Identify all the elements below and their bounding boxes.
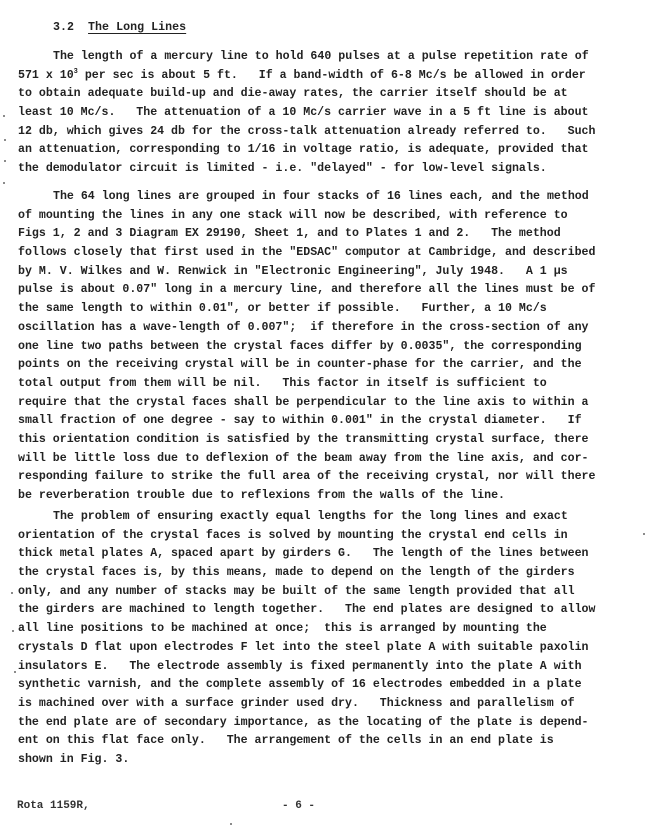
text-line: the girders are machined to length toget… — [18, 601, 638, 620]
scan-speck — [11, 592, 13, 594]
scan-speck — [230, 823, 232, 825]
text-line: The problem of ensuring exactly equal le… — [18, 508, 638, 527]
text-line: shown in Fig. 3. — [18, 751, 638, 770]
text-line: ent on this flat face only. The arrangem… — [18, 732, 638, 751]
text-line: all line positions to be machined at onc… — [18, 620, 638, 639]
section-heading: 3.2 The Long Lines — [53, 21, 186, 34]
section-title: The Long Lines — [88, 21, 186, 34]
text-line: 12 db, which gives 24 db for the cross-t… — [18, 123, 638, 142]
text-line: an attenuation, corresponding to 1/16 in… — [18, 141, 638, 160]
section-number: 3.2 — [53, 21, 74, 34]
scan-speck — [12, 630, 14, 632]
scan-speck — [4, 160, 6, 162]
text-line: one line two paths between the crystal f… — [18, 338, 638, 357]
text-line: 571 x 103 per sec is about 5 ft. If a ba… — [18, 67, 638, 86]
text-line: least 10 Mc/s. The attenuation of a 10 M… — [18, 104, 638, 123]
text-line: total output from them will be nil. This… — [18, 375, 638, 394]
text-line: The 64 long lines are grouped in four st… — [18, 188, 638, 207]
paragraph-3: The problem of ensuring exactly equal le… — [18, 508, 638, 770]
scan-speck — [3, 182, 5, 184]
text-line: to obtain adequate build-up and die-away… — [18, 85, 638, 104]
document-reference: Rota 1159R, — [17, 800, 90, 812]
paragraph-1: The length of a mercury line to hold 640… — [18, 48, 638, 179]
text-line: orientation of the crystal faces is solv… — [18, 527, 638, 546]
text-line: follows closely that first used in the "… — [18, 244, 638, 263]
text-line: require that the crystal faces shall be … — [18, 394, 638, 413]
text-line: will be little loss due to deflexion of … — [18, 450, 638, 469]
text-line: only, and any number of stacks may be bu… — [18, 583, 638, 602]
text-line: points on the receiving crystal will be … — [18, 356, 638, 375]
text-line: pulse is about 0.07" long in a mercury l… — [18, 281, 638, 300]
scan-speck — [3, 115, 5, 117]
text-line: insulators E. The electrode assembly is … — [18, 658, 638, 677]
text-line: the same length to within 0.01", or bett… — [18, 300, 638, 319]
text-line: is machined over with a surface grinder … — [18, 695, 638, 714]
scan-speck — [4, 139, 6, 141]
text-line: synthetic varnish, and the complete asse… — [18, 676, 638, 695]
document-page: 3.2 The Long Lines The length of a mercu… — [0, 0, 650, 838]
text-line: thick metal plates A, spaced apart by gi… — [18, 545, 638, 564]
text-line: Figs 1, 2 and 3 Diagram EX 29190, Sheet … — [18, 225, 638, 244]
paragraph-2: The 64 long lines are grouped in four st… — [18, 188, 638, 506]
text-line: be reverberation trouble due to reflexio… — [18, 487, 638, 506]
scan-speck — [14, 671, 16, 673]
text-line: by M. V. Wilkes and W. Renwick in "Elect… — [18, 263, 638, 282]
text-line: crystals D flat upon electrodes F let in… — [18, 639, 638, 658]
text-line: of mounting the lines in any one stack w… — [18, 207, 638, 226]
text-line: responding failure to strike the full ar… — [18, 468, 638, 487]
text-line: The length of a mercury line to hold 640… — [18, 48, 638, 67]
text-line: oscillation has a wave-length of 0.007";… — [18, 319, 638, 338]
scan-speck — [643, 533, 645, 535]
text-line: this orientation condition is satisfied … — [18, 431, 638, 450]
text-line: the end plate are of secondary importanc… — [18, 714, 638, 733]
text-line: the demodulator circuit is limited - i.e… — [18, 160, 638, 179]
text-line: small fraction of one degree - say to wi… — [18, 412, 638, 431]
page-number: - 6 - — [282, 800, 315, 812]
text-line: the crystal faces is, by this means, mad… — [18, 564, 638, 583]
